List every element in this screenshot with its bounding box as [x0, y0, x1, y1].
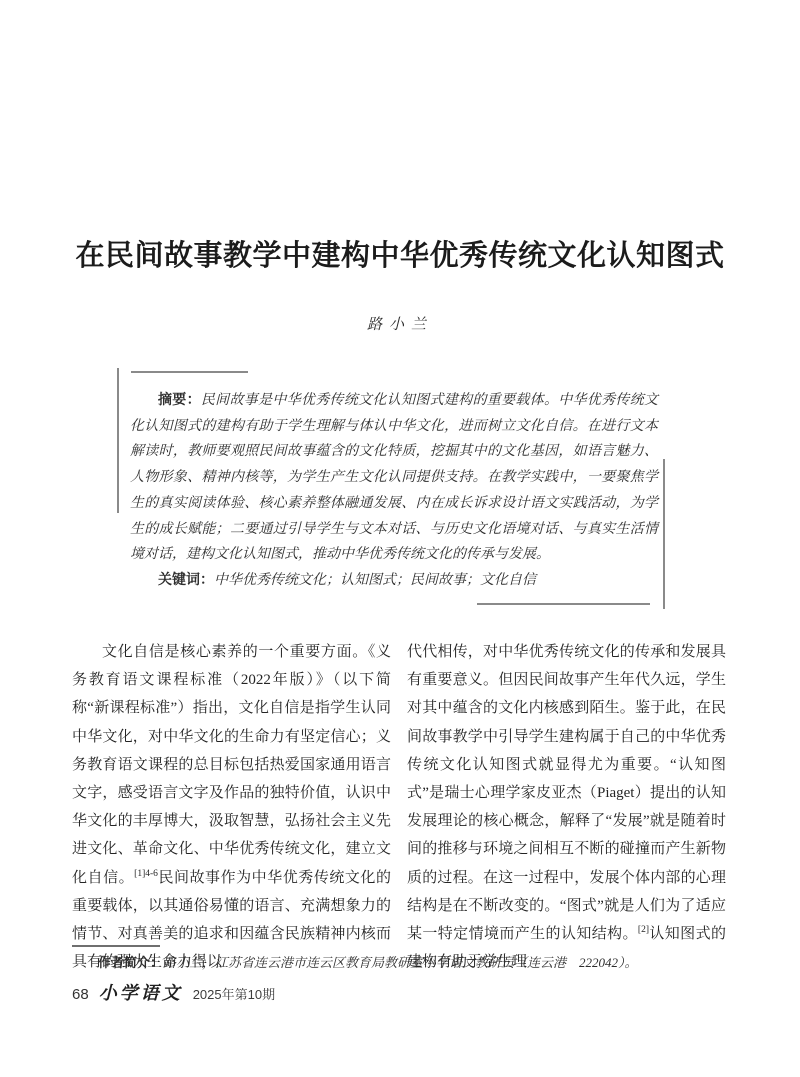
page-footer: 68 小学语文 2025年第10期 [72, 979, 275, 1005]
author-bio: 作者简介：路小兰，江苏省连云港市连云区教育局教研室小学语文教研员（连云港 222… [72, 953, 712, 973]
body-paragraph-right: 代代相传，对中华优秀传统文化的传承和发展具有重要意义。但因民间故事产生年代久远，… [407, 638, 726, 976]
body-columns: 文化自信是核心素养的一个重要方面。《义务教育语文课程标准（2022年版）》（以下… [72, 638, 726, 976]
body-column-right: 代代相传，对中华优秀传统文化的传承和发展具有重要意义。但因民间故事产生年代久远，… [407, 638, 726, 976]
keywords-line: 关键词：中华优秀传统文化；认知图式；民间故事；文化自信 [130, 568, 658, 594]
abstract-frame-left-line [117, 368, 119, 513]
abstract-frame-right-line [663, 459, 665, 609]
abstract-block: 摘要：民间故事是中华优秀传统文化认知图式建构的重要载体。中华优秀传统文化认知图式… [130, 388, 658, 594]
body-column-left: 文化自信是核心素养的一个重要方面。《义务教育语文课程标准（2022年版）》（以下… [72, 638, 391, 976]
abstract-label: 摘要： [158, 393, 201, 408]
citation-ref-1: [1]4-6 [134, 869, 158, 879]
abstract-paragraph: 摘要：民间故事是中华优秀传统文化认知图式建构的重要载体。中华优秀传统文化认知图式… [130, 388, 658, 568]
page-number: 68 [72, 986, 89, 1003]
abstract-text: 民间故事是中华优秀传统文化认知图式建构的重要载体。中华优秀传统文化认知图式的建构… [130, 393, 658, 562]
body-left-text-1: 文化自信是核心素养的一个重要方面。《义务教育语文课程标准（2022年版）》（以下… [72, 644, 391, 886]
issue-info: 2025年第10期 [193, 984, 275, 1003]
keywords-label: 关键词： [158, 573, 214, 588]
body-paragraph-left: 文化自信是核心素养的一个重要方面。《义务教育语文课程标准（2022年版）》（以下… [72, 638, 391, 976]
article-title: 在民间故事教学中建构中华优秀传统文化认知图式 [0, 233, 800, 274]
journal-logo: 小学语文 [99, 979, 183, 1005]
citation-ref-2: [2] [638, 925, 649, 935]
abstract-frame-bottom-line [477, 603, 650, 605]
journal-page: 在民间故事教学中建构中华优秀传统文化认知图式 路小兰 摘要：民间故事是中华优秀传… [0, 0, 800, 1077]
abstract-frame-top-line [131, 371, 248, 373]
article-author: 路小兰 [0, 313, 800, 334]
footnote-divider [72, 945, 160, 947]
author-bio-label: 作者简介： [98, 955, 163, 970]
keywords-text: 中华优秀传统文化；认知图式；民间故事；文化自信 [214, 573, 536, 588]
body-right-text-1: 代代相传，对中华优秀传统文化的传承和发展具有重要意义。但因民间故事产生年代久远，… [407, 644, 726, 942]
author-bio-text: 路小兰，江苏省连云港市连云区教育局教研室小学语文教研员（连云港 222042）。 [163, 955, 638, 970]
